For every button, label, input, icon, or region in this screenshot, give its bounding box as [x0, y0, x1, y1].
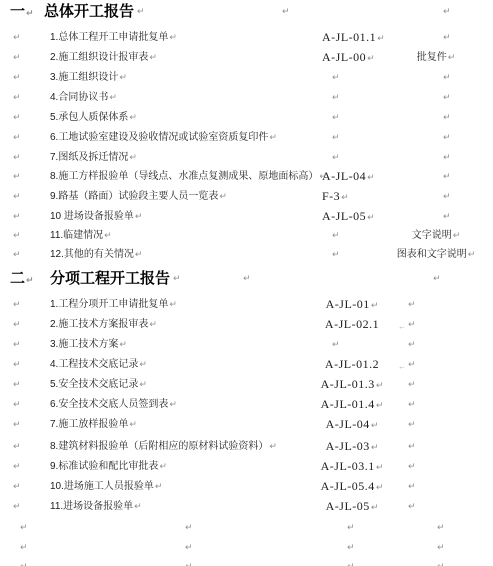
item-code: A-JL-01↵	[292, 298, 412, 313]
tab-mark-icon: ←	[398, 360, 406, 373]
paragraph-mark-icon: ↵	[376, 463, 384, 473]
paragraph-mark-icon: ↵	[443, 4, 451, 21]
list-item: ↵8.施工方样报验单（导线点、水准点复测成果、原地面标高）↵A-JL-04↵↵	[0, 170, 493, 184]
paragraph-mark-icon: ↵	[443, 171, 451, 184]
paragraph-mark-icon: ↵	[20, 542, 28, 555]
paragraph-mark-icon: ↵	[443, 191, 451, 204]
list-item: ↵10 进场设备报验单↵A-JL-05↵↵	[0, 210, 493, 224]
list-item: ↵7.施工放样报验单↵A-JL-04↵↵	[0, 418, 493, 432]
list-item: ↵10.进场施工人员报验单↵A-JL-05.4↵↵	[0, 480, 493, 494]
item-code: A-JL-03↵	[292, 440, 412, 455]
paragraph-mark-icon: ↵	[185, 522, 193, 535]
paragraph-mark-icon: ↵	[448, 53, 456, 63]
paragraph-mark-icon: ↵	[20, 522, 28, 535]
paragraph-mark-icon: ↵	[371, 301, 379, 311]
paragraph-mark-icon: ↵	[347, 561, 355, 566]
paragraph-mark-icon: ↵	[332, 249, 340, 262]
empty-row: ↵↵↵↵	[0, 521, 493, 535]
item-label: 5.承包人质保体系↵	[50, 111, 137, 125]
paragraph-mark-icon: ↵	[13, 379, 21, 392]
paragraph-mark-icon: ↵	[149, 320, 157, 330]
item-label: 7.图纸及拆迁情况↵	[50, 151, 137, 165]
paragraph-mark-icon: ↵	[13, 191, 21, 204]
list-item: ↵3.施工技术方案↵↵↵	[0, 338, 493, 352]
item-label: 7.施工放样报验单↵	[50, 418, 137, 432]
paragraph-mark-icon: ↵	[169, 33, 177, 43]
paragraph-mark-icon: ↵	[437, 542, 445, 555]
paragraph-mark-icon: ↵	[137, 4, 145, 21]
paragraph-mark-icon: ↵	[13, 399, 21, 412]
paragraph-mark-icon: ↵	[129, 113, 137, 123]
item-label: 8.施工方样报验单（导线点、水准点复测成果、原地面标高）↵	[50, 170, 327, 184]
paragraph-mark-icon: ↵	[13, 32, 21, 45]
paragraph-mark-icon: ↵	[408, 399, 416, 412]
item-code: A-JL-04↵	[292, 418, 412, 433]
paragraph-mark-icon: ↵	[173, 271, 181, 288]
paragraph-mark-icon: ↵	[376, 381, 384, 391]
paragraph-mark-icon: ↵	[13, 481, 21, 494]
paragraph-mark-icon: ↵	[332, 72, 340, 85]
section-title: 分项工程开工报告	[50, 270, 170, 287]
item-code: A-JL-01.1↵	[322, 31, 385, 46]
list-item: ↵11.进场设备报验单↵A-JL-05↵↵	[0, 500, 493, 514]
paragraph-mark-icon: ↵	[135, 212, 143, 222]
paragraph-mark-icon: ↵	[332, 112, 340, 125]
item-label: 3.施工组织设计↵	[50, 71, 127, 85]
paragraph-mark-icon: ↵	[269, 133, 277, 143]
list-item: ↵6.工地试验室建设及验收情况或试验室资质复印件↵↵↵	[0, 131, 493, 145]
paragraph-mark-icon: ↵	[13, 152, 21, 165]
paragraph-mark-icon: ↵	[347, 522, 355, 535]
paragraph-mark-icon: ↵	[243, 271, 251, 288]
paragraph-mark-icon: ↵	[13, 72, 21, 85]
list-item: ↵1.工程分项开工申请批复单↵A-JL-01↵↵	[0, 298, 493, 312]
paragraph-mark-icon: ↵	[13, 52, 21, 65]
paragraph-mark-icon: ↵	[408, 461, 416, 474]
paragraph-mark-icon: ↵	[13, 230, 21, 243]
empty-row: ↵↵↵↵	[0, 560, 493, 566]
item-note: 图表和文字说明↵	[376, 248, 493, 262]
tab-mark-icon: ←	[398, 320, 406, 333]
list-item: ↵4.工程技术交底记录↵A-JL-01.2←↵	[0, 358, 493, 372]
paragraph-mark-icon: ↵	[109, 93, 117, 103]
list-item: ↵1.总体工程开工申请批复单↵A-JL-01.1↵↵	[0, 31, 493, 45]
paragraph-mark-icon: ↵	[341, 193, 349, 203]
paragraph-mark-icon: ↵	[13, 92, 21, 105]
paragraph-mark-icon: ↵	[443, 132, 451, 145]
item-label: 1.工程分项开工申请批复单↵	[50, 298, 177, 312]
list-item: ↵8.建筑材料报验单（后附相应的原材料试验资料）↵A-JL-03↵↵	[0, 440, 493, 454]
section-numeral: 二↵	[10, 270, 34, 290]
item-label: 10 进场设备报验单↵	[50, 210, 142, 224]
paragraph-mark-icon: ↵	[437, 561, 445, 566]
list-item: ↵9.路基（路面）试验段主要人员一览表↵F-3↵↵	[0, 190, 493, 204]
paragraph-mark-icon: ↵	[371, 443, 379, 453]
item-label: 2.施工组织设计报审表↵	[50, 51, 157, 65]
paragraph-mark-icon: ↵	[269, 442, 277, 452]
paragraph-mark-icon: ↵	[347, 542, 355, 555]
item-label: 11.临建情况↵	[50, 229, 112, 243]
paragraph-mark-icon: ↵	[332, 339, 340, 352]
paragraph-mark-icon: ↵	[13, 461, 21, 474]
paragraph-mark-icon: ↵	[13, 112, 21, 125]
paragraph-mark-icon: ↵	[443, 211, 451, 224]
paragraph-mark-icon: ↵	[443, 72, 451, 85]
section-heading: 一↵总体开工报告↵↵↵	[0, 3, 493, 21]
list-item: ↵9.标准试验和配比审批表↵A-JL-03.1↵↵	[0, 460, 493, 474]
list-item: ↵12.其他的有关情况↵↵图表和文字说明↵	[0, 248, 493, 262]
paragraph-mark-icon: ↵	[377, 34, 385, 44]
paragraph-mark-icon: ↵	[13, 319, 21, 332]
list-item: ↵11.临建情况↵↵文字说明↵	[0, 229, 493, 243]
paragraph-mark-icon: ↵	[367, 173, 375, 183]
paragraph-mark-icon: ↵	[408, 339, 416, 352]
paragraph-mark-icon: ↵	[332, 230, 340, 243]
list-item: ↵5.安全技术交底记录↵A-JL-01.3↵↵	[0, 378, 493, 392]
item-code: A-JL-01.2	[292, 358, 412, 371]
paragraph-mark-icon: ↵	[169, 300, 177, 310]
paragraph-mark-icon: ↵	[443, 32, 451, 45]
paragraph-mark-icon: ↵	[371, 503, 379, 513]
paragraph-mark-icon: ↵	[13, 419, 21, 432]
paragraph-mark-icon: ↵	[13, 339, 21, 352]
section-title: 总体开工报告	[44, 3, 134, 20]
item-label: 4.工程技术交底记录↵	[50, 358, 147, 372]
paragraph-mark-icon: ↵	[408, 379, 416, 392]
paragraph-mark-icon: ↵	[26, 9, 34, 19]
paragraph-mark-icon: ↵	[159, 462, 167, 472]
paragraph-mark-icon: ↵	[282, 4, 290, 21]
paragraph-mark-icon: ↵	[332, 152, 340, 165]
item-code: A-JL-01.4↵	[292, 398, 412, 413]
list-item: ↵5.承包人质保体系↵↵↵	[0, 111, 493, 125]
item-label: 8.建筑材料报验单（后附相应的原材料试验资料）↵	[50, 440, 277, 454]
paragraph-mark-icon: ↵	[149, 53, 157, 63]
paragraph-mark-icon: ↵	[376, 483, 384, 493]
paragraph-mark-icon: ↵	[135, 250, 143, 260]
paragraph-mark-icon: ↵	[185, 561, 193, 566]
paragraph-mark-icon: ↵	[129, 420, 137, 430]
list-item: ↵4.合同协议书↵↵↵	[0, 91, 493, 105]
paragraph-mark-icon: ↵	[13, 132, 21, 145]
item-code: A-JL-05↵	[292, 500, 412, 515]
item-code: F-3↵	[322, 190, 349, 205]
paragraph-mark-icon: ↵	[408, 501, 416, 514]
paragraph-mark-icon: ↵	[13, 249, 21, 262]
empty-row: ↵↵↵↵	[0, 541, 493, 555]
paragraph-mark-icon: ↵	[376, 401, 384, 411]
paragraph-mark-icon: ↵	[119, 340, 127, 350]
item-code: A-JL-01.3↵	[292, 378, 412, 393]
item-label: 10.进场施工人员报验单↵	[50, 480, 162, 494]
list-item: ↵2.施工技术方案报审表↵A-JL-02.1←↵	[0, 318, 493, 332]
paragraph-mark-icon: ↵	[26, 276, 34, 286]
item-code: A-JL-04↵	[322, 170, 375, 185]
item-code: A-JL-05↵	[322, 210, 375, 225]
paragraph-mark-icon: ↵	[13, 171, 21, 184]
item-label: 4.合同协议书↵	[50, 91, 117, 105]
paragraph-mark-icon: ↵	[468, 250, 476, 260]
item-note: 批复件↵	[376, 51, 493, 65]
item-label: 2.施工技术方案报审表↵	[50, 318, 157, 332]
paragraph-mark-icon: ↵	[219, 192, 227, 202]
paragraph-mark-icon: ↵	[134, 502, 142, 512]
paragraph-mark-icon: ↵	[155, 482, 163, 492]
item-label: 9.标准试验和配比审批表↵	[50, 460, 167, 474]
paragraph-mark-icon: ↵	[371, 421, 379, 431]
paragraph-mark-icon: ↵	[408, 319, 416, 332]
paragraph-mark-icon: ↵	[13, 359, 21, 372]
item-label: 1.总体工程开工申请批复单↵	[50, 31, 177, 45]
item-label: 6.安全技术交底人员签到表↵	[50, 398, 177, 412]
item-label: 6.工地试验室建设及验收情况或试验室资质复印件↵	[50, 131, 277, 145]
item-label: 5.安全技术交底记录↵	[50, 378, 147, 392]
paragraph-mark-icon: ↵	[453, 231, 461, 241]
paragraph-mark-icon: ↵	[408, 359, 416, 372]
paragraph-mark-icon: ↵	[20, 561, 28, 566]
item-code: A-JL-02.1	[292, 318, 412, 331]
paragraph-mark-icon: ↵	[437, 522, 445, 535]
paragraph-mark-icon: ↵	[433, 271, 441, 288]
paragraph-mark-icon: ↵	[443, 152, 451, 165]
paragraph-mark-icon: ↵	[13, 211, 21, 224]
paragraph-mark-icon: ↵	[139, 360, 147, 370]
paragraph-mark-icon: ↵	[332, 92, 340, 105]
paragraph-mark-icon: ↵	[443, 112, 451, 125]
section-heading: 二↵分项工程开工报告↵↵↵	[0, 270, 493, 288]
paragraph-mark-icon: ↵	[408, 441, 416, 454]
item-label: 9.路基（路面）试验段主要人员一览表↵	[50, 190, 227, 204]
section-numeral: 一↵	[10, 3, 34, 23]
item-label: 11.进场设备报验单↵	[50, 500, 142, 514]
paragraph-mark-icon: ↵	[119, 73, 127, 83]
list-item: ↵3.施工组织设计↵↵↵	[0, 71, 493, 85]
list-item: ↵6.安全技术交底人员签到表↵A-JL-01.4↵↵	[0, 398, 493, 412]
item-note: 文字说明↵	[376, 229, 493, 243]
item-code: A-JL-00↵	[322, 51, 375, 66]
paragraph-mark-icon: ↵	[443, 92, 451, 105]
paragraph-mark-icon: ↵	[13, 299, 21, 312]
list-item: ↵2.施工组织设计报审表↵A-JL-00↵批复件↵	[0, 51, 493, 65]
paragraph-mark-icon: ↵	[104, 231, 112, 241]
list-item: ↵7.图纸及拆迁情况↵↵↵	[0, 151, 493, 165]
paragraph-mark-icon: ↵	[332, 132, 340, 145]
paragraph-mark-icon: ↵	[13, 441, 21, 454]
paragraph-mark-icon: ↵	[129, 153, 137, 163]
paragraph-mark-icon: ↵	[185, 542, 193, 555]
item-code: A-JL-03.1↵	[292, 460, 412, 475]
paragraph-mark-icon: ↵	[139, 380, 147, 390]
item-label: 3.施工技术方案↵	[50, 338, 127, 352]
paragraph-mark-icon: ↵	[367, 54, 375, 64]
paragraph-mark-icon: ↵	[408, 481, 416, 494]
paragraph-mark-icon: ↵	[408, 299, 416, 312]
paragraph-mark-icon: ↵	[169, 400, 177, 410]
paragraph-mark-icon: ↵	[408, 419, 416, 432]
word-document-page: 一↵总体开工报告↵↵↵↵1.总体工程开工申请批复单↵A-JL-01.1↵↵↵2.…	[0, 0, 493, 566]
item-label: 12.其他的有关情况↵	[50, 248, 142, 262]
paragraph-mark-icon: ↵	[367, 213, 375, 223]
paragraph-mark-icon: ↵	[13, 501, 21, 514]
item-code: A-JL-05.4↵	[292, 480, 412, 495]
